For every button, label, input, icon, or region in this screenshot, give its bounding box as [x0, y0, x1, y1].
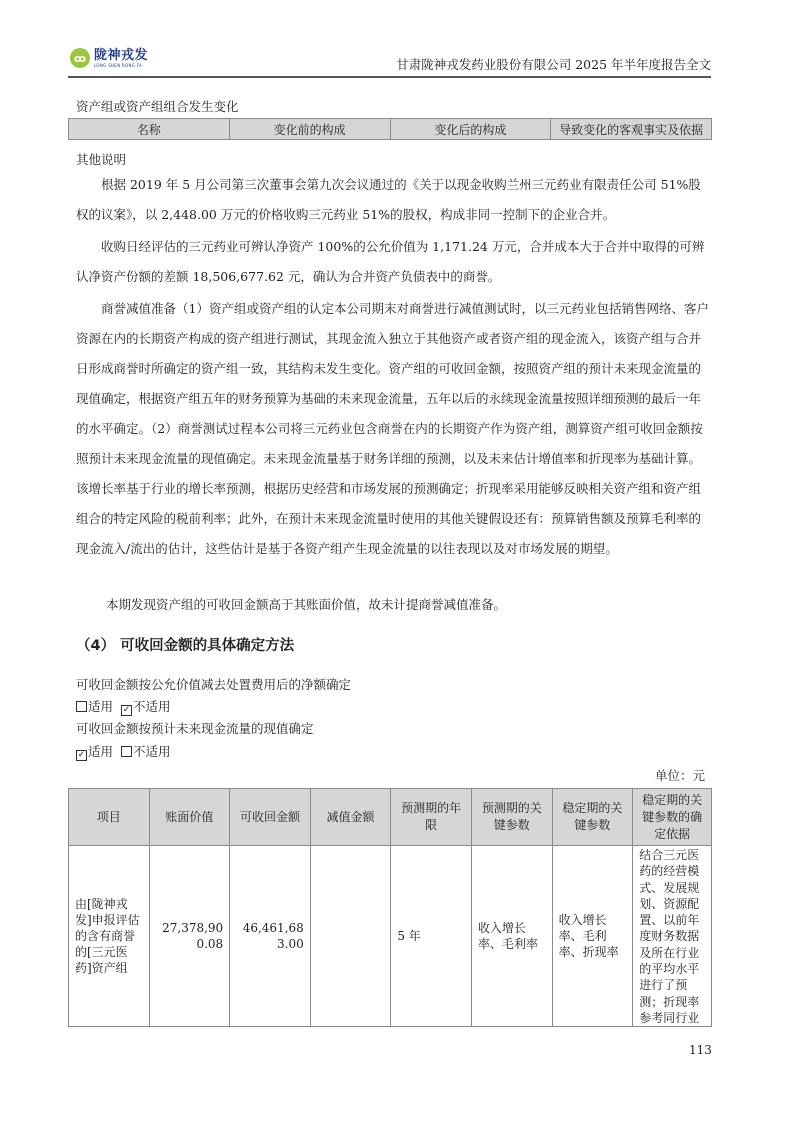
- unit-label: 单位：元: [655, 766, 705, 784]
- method1-options: 适用 ✓不适用: [76, 697, 171, 716]
- table-header-row: 项目 账面价值 可收回金额 减值金额 预测期的年限 预测期的关键参数 稳定期的关…: [69, 789, 712, 846]
- column-header: 导致变化的客观事实及依据: [551, 119, 712, 140]
- document-title: 甘肃陇神戎发药业股份有限公司 2025 年半年度报告全文: [396, 55, 711, 73]
- column-header: 稳定期的关键参数的确定依据: [633, 789, 712, 846]
- table-header-row: 名称 变化前的构成 变化后的构成 导致变化的客观事实及依据: [69, 119, 712, 140]
- method1-applicable-label: 适用: [88, 699, 113, 714]
- method2-not-applicable-label: 不适用: [133, 744, 171, 759]
- company-logo: ꝏ 陇神戎发 LONG SHEN RONG FA: [70, 48, 148, 68]
- column-header: 预测期的关键参数: [471, 789, 552, 846]
- paragraph-goodwill: 收购日经评估的三元药业可辨认净资产 100%的公允价值为 1,171.24 万元…: [76, 232, 712, 292]
- paragraph-acquisition: 根据 2019 年 5 月公司第三次董事会第九次会议通过的《关于以现金收购兰州三…: [76, 170, 712, 230]
- column-header: 减值金额: [310, 789, 391, 846]
- method2-applicable-label: 适用: [88, 744, 113, 759]
- cell-forecast-years: 5 年: [391, 846, 472, 1027]
- cell-stable-params: 收入增长率、毛利率、折现率: [552, 846, 633, 1027]
- cell-impairment: [310, 846, 391, 1027]
- checkbox-unchecked-icon[interactable]: [76, 701, 87, 712]
- method1-not-applicable-label: 不适用: [133, 699, 171, 714]
- cell-item: 由[陇神戎发]申报评估的含有商誉的[三元医药]资产组: [69, 846, 150, 1027]
- column-header: 预测期的年限: [391, 789, 472, 846]
- method1-label: 可收回金额按公允价值减去处置费用后的净额确定: [76, 675, 351, 693]
- column-header: 名称: [69, 119, 230, 140]
- table-row: 由[陇神戎发]申报评估的含有商誉的[三元医药]资产组 27,378,900.08…: [69, 846, 712, 1027]
- logo-chinese-name: 陇神戎发: [94, 49, 148, 63]
- paragraph-conclusion: 本期发现资产组的可收回金额高于其账面价值，故未计提商誉减值准备。: [76, 590, 712, 620]
- leaf-logo-icon: ꝏ: [70, 48, 90, 68]
- section-title-change: 资产组或资产组组合发生变化: [76, 97, 239, 115]
- column-header: 项目: [69, 789, 150, 846]
- column-header: 稳定期的关键参数: [552, 789, 633, 846]
- method2-label: 可收回金额按预计未来现金流量的现值确定: [76, 719, 314, 737]
- column-header: 变化前的构成: [229, 119, 390, 140]
- page-header: ꝏ 陇神戎发 LONG SHEN RONG FA 甘肃陇神戎发药业股份有限公司 …: [68, 46, 711, 78]
- cell-stable-basis: 结合三元医药的经营模式、发展规划、资源配置、以前年度财务数据及所在行业的平均水平…: [633, 846, 712, 1027]
- column-header: 账面价值: [149, 789, 230, 846]
- column-header: 变化后的构成: [390, 119, 551, 140]
- cell-forecast-params: 收入增长率、毛利率: [471, 846, 552, 1027]
- checkbox-unchecked-icon[interactable]: [121, 746, 132, 757]
- cell-recoverable-amount: 46,461,683.00: [230, 846, 311, 1027]
- page-number: 113: [689, 1043, 712, 1057]
- paragraph-impairment-test: 商誉减值准备（1）资产组或资产组的认定本公司期末对商誉进行减值测试时，以三元药业…: [76, 294, 712, 564]
- logo-english-name: LONG SHEN RONG FA: [94, 63, 148, 68]
- checkbox-checked-icon[interactable]: ✓: [76, 750, 87, 761]
- change-table: 名称 变化前的构成 变化后的构成 导致变化的客观事实及依据: [68, 118, 712, 140]
- recoverable-amount-table: 项目 账面价值 可收回金额 减值金额 预测期的年限 预测期的关键参数 稳定期的关…: [68, 788, 712, 1027]
- section-heading-recoverable: （4） 可收回金额的具体确定方法: [76, 634, 294, 655]
- other-notes-label: 其他说明: [76, 150, 126, 168]
- method2-options: ✓适用 不适用: [76, 742, 171, 761]
- cell-book-value: 27,378,900.08: [149, 846, 230, 1027]
- column-header: 可收回金额: [230, 789, 311, 846]
- checkbox-checked-icon[interactable]: ✓: [121, 705, 132, 716]
